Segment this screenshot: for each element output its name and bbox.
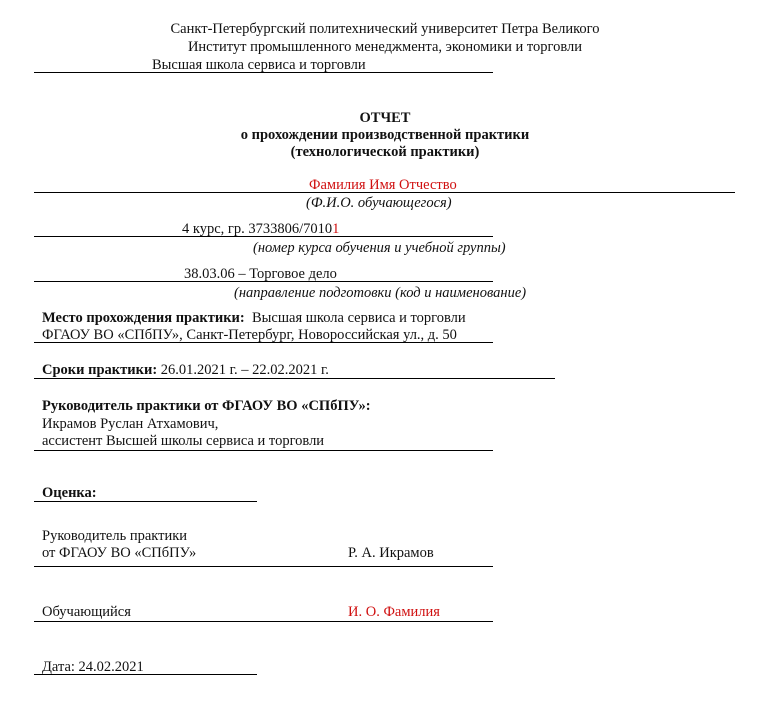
practice-place-label: Место прохождения практики:: [42, 310, 245, 326]
date-underline: [34, 674, 257, 675]
supervisor-signature-line[interactable]: [34, 566, 493, 567]
dates-underline: [34, 378, 555, 379]
institute-name: Институт промышленного менеджмента, экон…: [0, 39, 762, 56]
supervisor-name[interactable]: Икрамов Руслан Атхамович,: [42, 416, 218, 433]
direction-underline: [34, 281, 493, 282]
report-title: ОТЧЕТ: [0, 110, 762, 127]
report-practice-type: (технологической практики): [0, 144, 762, 161]
student-name-caption: (Ф.И.О. обучающегося): [306, 195, 452, 212]
supervisor-position[interactable]: ассистент Высшей школы сервиса и торговл…: [42, 433, 324, 450]
supervisor-signature-label-2: от ФГАОУ ВО «СПбПУ»: [42, 545, 196, 562]
practice-dates-label: Сроки практики:: [42, 362, 157, 378]
university-name: Санкт-Петербургский политехнический унив…: [0, 21, 762, 38]
group-caption: (номер курса обучения и учебной группы): [253, 240, 506, 257]
supervisor-signature-initials: Р. А. Икрамов: [348, 545, 434, 562]
report-subtitle: о прохождении производственной практики: [0, 127, 762, 144]
grade-field-underline[interactable]: [34, 501, 257, 502]
direction-caption: (направление подготовки (код и наименова…: [234, 285, 526, 302]
student-signature-label: Обучающийся: [42, 604, 131, 621]
practice-place-value[interactable]: Высшая школа сервиса и торговли: [252, 310, 466, 326]
practice-dates-value[interactable]: 26.01.2021 г. – 22.02.2021 г.: [161, 362, 329, 378]
practice-dates: Сроки практики: 26.01.2021 г. – 22.02.20…: [42, 362, 329, 379]
student-signature-line[interactable]: [34, 621, 493, 622]
grade-label: Оценка:: [42, 485, 97, 502]
group-number-last-digit: 1: [332, 221, 339, 237]
supervisor-signature-label-1: Руководитель практики: [42, 528, 187, 545]
group-underline: [34, 236, 493, 237]
place-underline: [34, 342, 493, 343]
practice-place: Место прохождения практики: Высшая школа…: [42, 310, 466, 327]
student-signature-initials[interactable]: И. О. Фамилия: [348, 604, 440, 621]
supervisor-underline: [34, 450, 493, 451]
school-underline: [34, 72, 493, 73]
student-name-underline: [34, 192, 735, 193]
supervisor-label: Руководитель практики от ФГАОУ ВО «СПбПУ…: [42, 398, 371, 415]
group-number: 4 курс, гр. 3733806/7010: [182, 221, 332, 237]
